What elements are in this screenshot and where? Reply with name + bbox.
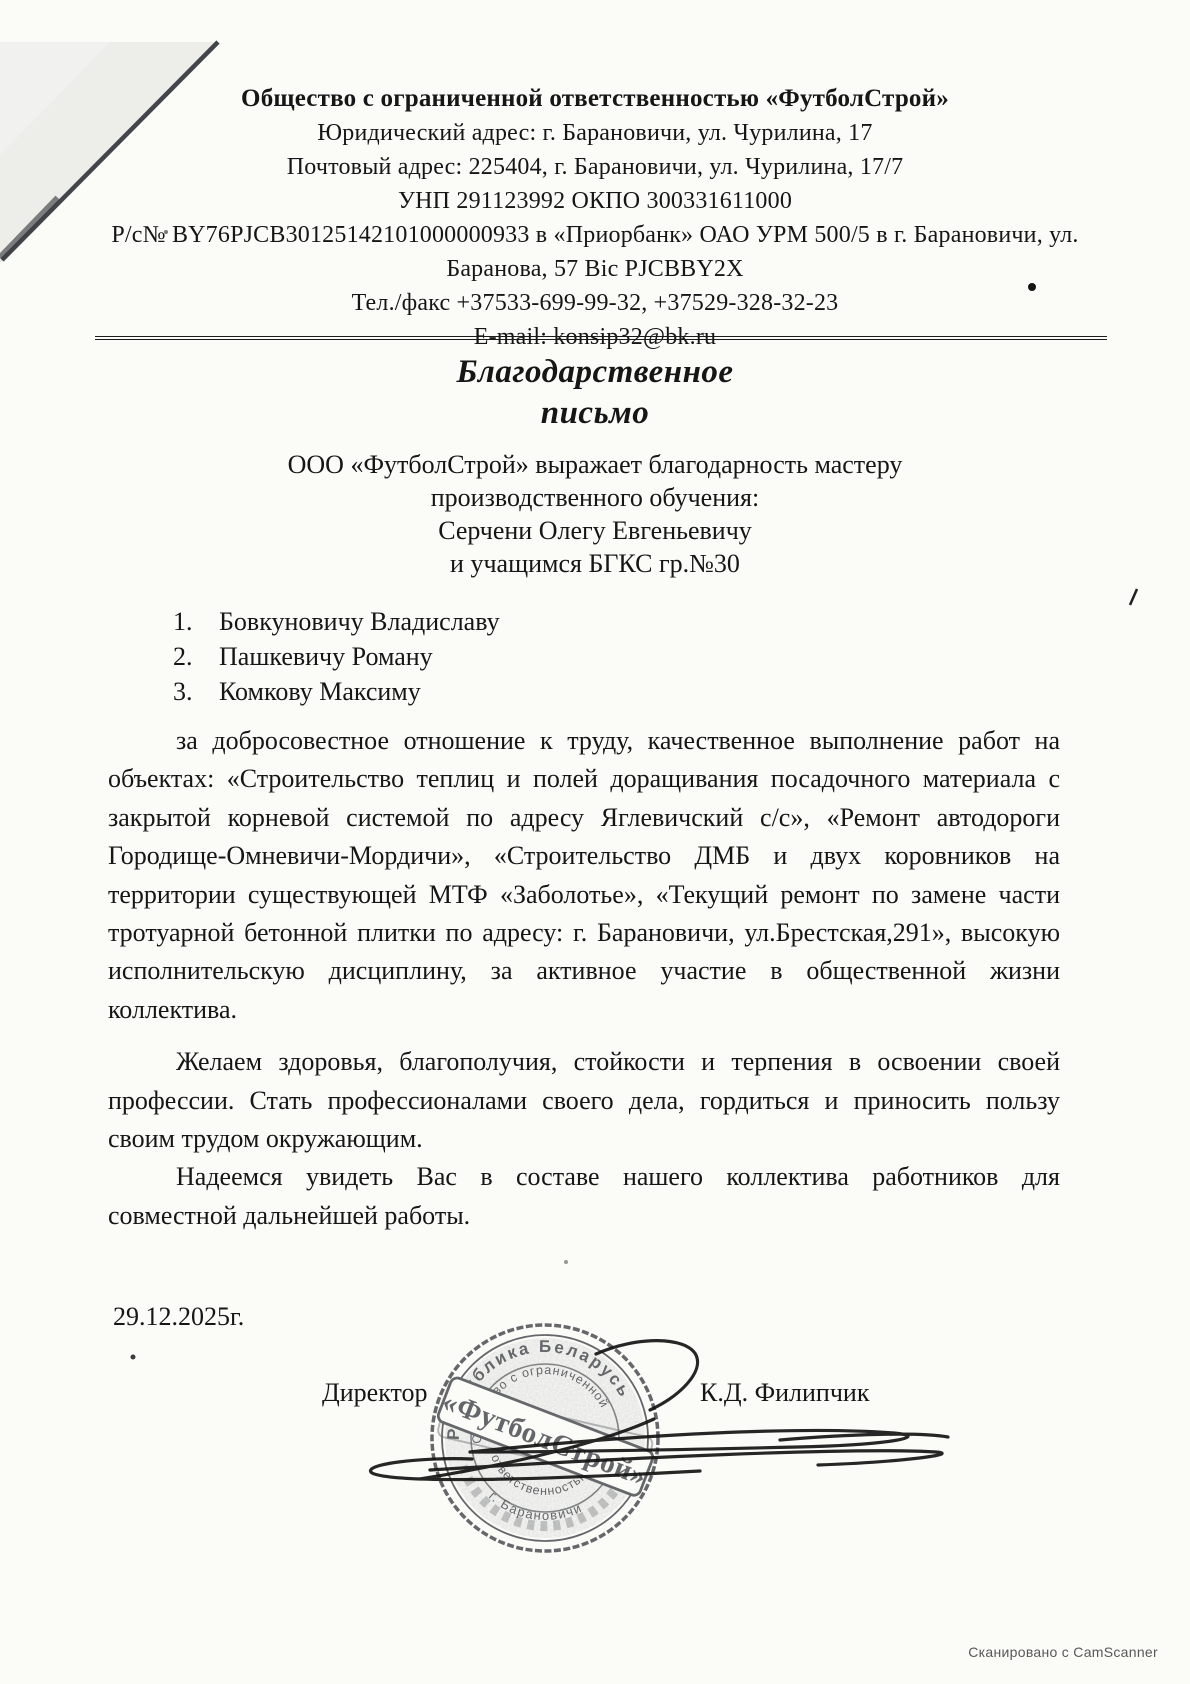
director-signature <box>371 1341 948 1480</box>
intro-block: ООО «ФутболСтрой» выражает благодарность… <box>95 448 1095 580</box>
stamp-banner: «ФутболСтрой» <box>436 1376 655 1497</box>
list-number: 1. <box>173 604 205 639</box>
stamp-ring-responsibility: ответственностью <box>488 1452 591 1498</box>
list-number: 2. <box>173 639 205 674</box>
bank-account-line2: Баранова, 57 Bic PJCBBY2X <box>95 252 1095 286</box>
legal-address: Юридический адрес: г. Барановичи, ул. Чу… <box>95 116 1095 150</box>
document-title: Благодарственное письмо <box>0 352 1190 434</box>
stamp-ring-society: Общество с ограниченной <box>470 1363 612 1444</box>
stamp-center-name: «ФутболСтрой» <box>438 1385 651 1492</box>
student-name: Комкову Максиму <box>205 674 421 709</box>
date: 29.12.2025г. <box>113 1302 244 1332</box>
stamp-ring-city: г. Барановичи <box>486 1488 585 1523</box>
letterhead-divider <box>95 336 1107 340</box>
student-name: Пашкевичу Роману <box>205 639 433 674</box>
intro-line2: производственного обучения: <box>95 481 1095 514</box>
postal-address: Почтовый адрес: 225404, г. Барановичи, у… <box>95 150 1095 184</box>
letter-body: за добросовестное отношение к труду, кач… <box>108 722 1060 1235</box>
unp-okpo-codes: УНП 291123992 ОКПО 300331611000 <box>95 184 1095 218</box>
body-paragraph-hope: Надеемся увидеть Вас в составе нашего ко… <box>108 1158 1060 1235</box>
camscanner-note: Сканировано с CamScanner <box>0 1644 1158 1660</box>
company-stamp: Республика Беларусь Общество с ограничен… <box>432 1325 658 1551</box>
stamp-ring-republic: Республика Беларусь <box>444 1337 635 1441</box>
list-item: 1. Бовкуновичу Владиславу <box>173 604 500 639</box>
title-line1: Благодарственное <box>0 352 1190 393</box>
svg-text:Республика Беларусь: Республика Беларусь <box>444 1337 635 1441</box>
signer-role: Директор <box>322 1378 428 1408</box>
list-number: 3. <box>173 674 205 709</box>
bank-account-line: Р/с№ BY76PJCB30125142101000000933 в «При… <box>95 218 1095 252</box>
students-list: 1. Бовкуновичу Владиславу 2. Пашкевичу Р… <box>173 604 500 709</box>
title-line2: письмо <box>0 393 1190 434</box>
intro-line3: Серчени Олегу Евгеньевичу <box>95 514 1095 547</box>
letterhead: Общество с ограниченной ответственностью… <box>95 82 1095 354</box>
student-name: Бовкуновичу Владиславу <box>205 604 500 639</box>
scanned-letter-page: Общество с ограниченной ответственностью… <box>0 0 1190 1684</box>
phone-fax: Тел./факс +37533-699-99-32, +37529-328-3… <box>95 286 1095 320</box>
svg-text:г. Барановичи: г. Барановичи <box>486 1488 585 1523</box>
stamp-banner-ghost <box>437 1391 654 1484</box>
intro-line1: ООО «ФутболСтрой» выражает благодарность… <box>95 448 1095 481</box>
body-paragraph-merits: за добросовестное отношение к труду, кач… <box>108 722 1060 1029</box>
signer-name: К.Д. Филипчик <box>700 1378 869 1408</box>
list-item: 2. Пашкевичу Роману <box>173 639 500 674</box>
intro-line4: и учащимся БГКС гр.№30 <box>95 547 1095 580</box>
svg-text:Общество с ограниченной: Общество с ограниченной <box>470 1363 612 1444</box>
body-paragraph-wishes: Желаем здоровья, благополучия, стойкости… <box>108 1043 1060 1158</box>
list-item: 3. Комкову Максиму <box>173 674 500 709</box>
company-name: Общество с ограниченной ответственностью… <box>95 82 1095 116</box>
svg-text:ответственностью: ответственностью <box>488 1452 591 1498</box>
